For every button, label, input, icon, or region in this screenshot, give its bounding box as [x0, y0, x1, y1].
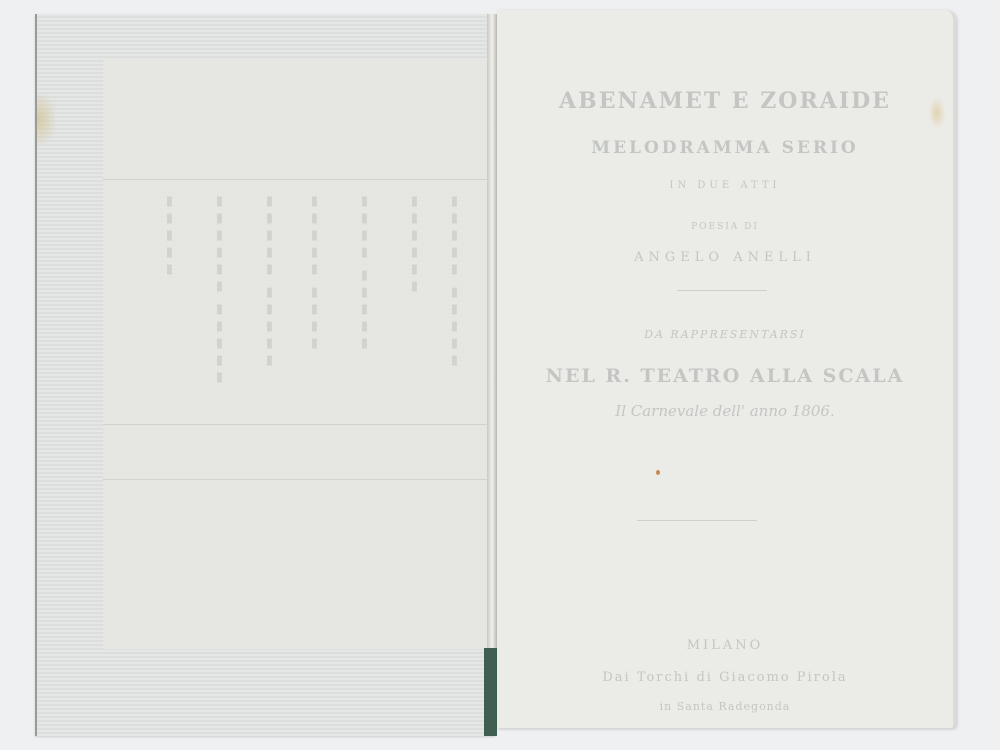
ghost-rule [103, 479, 487, 480]
genre: MELODRAMMA SERIO [497, 138, 953, 158]
show-through-text: ▮▮▮▮▮ ▮▮▮▮▮ [262, 194, 277, 370]
gutter [487, 14, 497, 736]
show-through-text: ▮▮▮▮▮ [162, 194, 177, 279]
performance-note: DA RAPPRESENTARSI [497, 328, 953, 341]
show-through-text: ▮▮▮▮▮ ▮▮▮▮▮ [447, 194, 462, 370]
city: MILANO [497, 638, 953, 653]
acts: IN DUE ATTI [497, 180, 953, 191]
book-spread: ▮▮▮▮▮ ▮▮▮▮▮ ▮▮▮▮▮▮ ▮▮▮▮ ▮▮▮▮▮ ▮▮▮▮▮ ▮▮▮▮… [0, 0, 1000, 750]
poetry-by: POESIA DI [497, 222, 953, 232]
show-through-text: ▮▮▮▮▮ ▮▮▮▮ [307, 194, 322, 353]
divider [637, 520, 757, 521]
ghost-rule [103, 424, 487, 425]
foxing-spot [656, 470, 660, 475]
show-through-text: ▮▮▮▮ ▮▮▮▮▮ [357, 194, 372, 353]
stain [37, 94, 55, 144]
season: Il Carnevale dell' anno 1806. [497, 402, 953, 420]
show-through-text: ▮▮▮▮▮▮ [407, 194, 422, 296]
theatre: NEL R. TEATRO ALLA SCALA [497, 365, 953, 387]
printer-note: in Santa Radegonda [497, 700, 953, 713]
ghost-rule [103, 179, 487, 180]
left-page: ▮▮▮▮▮ ▮▮▮▮▮ ▮▮▮▮▮▮ ▮▮▮▮ ▮▮▮▮▮ ▮▮▮▮▮ ▮▮▮▮… [35, 14, 495, 736]
title-page: ABENAMET E ZORAIDE MELODRAMMA SERIO IN D… [497, 10, 956, 728]
printer: Dai Torchi di Giacomo Pirola [497, 670, 953, 685]
spine-cloth [484, 648, 497, 736]
show-through-text: ▮▮▮▮▮▮ ▮▮▮▮▮ [212, 194, 227, 387]
libretto-title: ABENAMET E ZORAIDE [497, 88, 953, 114]
divider [677, 290, 767, 291]
author: ANGELO ANELLI [497, 250, 953, 265]
left-page-inner-panel [103, 59, 487, 649]
